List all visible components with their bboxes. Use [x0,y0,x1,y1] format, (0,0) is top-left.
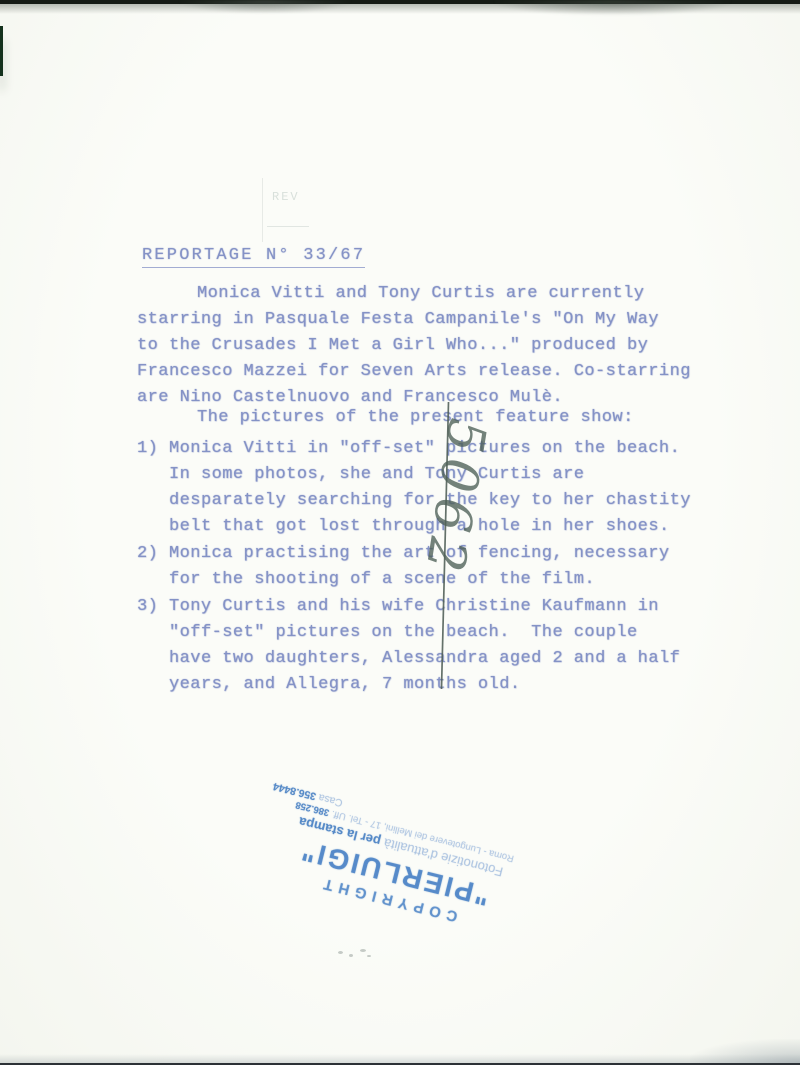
pencil-smudge [336,946,374,960]
ghost-underline [267,226,309,227]
stamp-copyright-line: COPYRIGHT [218,849,557,949]
scan-edge-left-strip [0,26,3,76]
reportage-heading: REPORTAGE N° 33/67 [142,246,365,268]
copyright-stamp: COPYRIGHT "PIERLUIGI" Fotonotizie d'attu… [218,772,576,950]
scanned-press-sheet: REV REPORTAGE N° 33/67 Monica Vitti and … [0,0,800,1065]
list-line: years, and Allegra, 7 months old. [137,672,680,698]
stamp-phone-home-number: 356.8444 [272,780,317,802]
list-line: In some photos, she and Tony Curtis are [137,462,691,488]
scan-corner-bottom-right [690,1039,800,1063]
stamp-tagline-bold: per la stampa [297,814,382,849]
pictures-intro-line: The pictures of the present feature show… [137,405,634,431]
list-line: 1) Monica Vitti in "off-set" pictures on… [137,436,691,462]
list-item-2: 2) Monica practising the art of fencing,… [137,541,670,593]
paragraph-line: Monica Vitti and Tony Curtis are current… [137,281,691,307]
stamp-address: Roma - Lungotevere dei Mellini, 17 - Tel… [236,784,573,878]
stamp-agency-name: "PIERLUIGI" [223,815,565,930]
stamp-tagline: Fotonotizie d'attualità per la stampa [232,798,570,896]
list-line: desparately searching for the key to her… [137,488,691,514]
paragraph-line: to the Crusades I Met a Girl Who..." pro… [137,333,691,359]
list-item-1: 1) Monica Vitti in "off-set" pictures on… [137,436,691,540]
ghost-text: REV [272,190,300,204]
scan-blotch-left [180,0,350,13]
scan-blotch-right [495,0,730,15]
paragraph-line: Francesco Mazzei for Seven Arts release.… [137,359,691,385]
stamp-phone-home: Casa 356.8444 [239,772,577,867]
stamp-address-faint: Roma - Lungotevere dei Mellini, 17 - Tel… [328,807,515,864]
paragraph-line: The pictures of the present feature show… [137,405,634,431]
stamp-phone-office: 386.258 [294,799,330,818]
intro-paragraph: Monica Vitti and Tony Curtis are current… [137,281,691,411]
stamp-phone-home-label: Casa [314,791,344,809]
paragraph-line: starring in Pasquale Festa Campanile's "… [137,307,691,333]
list-line: have two daughters, Alessandra aged 2 an… [137,646,680,672]
scan-edge-bottom-fade [0,1054,800,1063]
list-line: 2) Monica practising the art of fencing,… [137,541,670,567]
stamp-tagline-faint: Fotonotizie d'attualità [379,835,505,880]
list-line: for the shooting of a scene of the film. [137,567,670,593]
list-line: "off-set" pictures on the beach. The cou… [137,620,680,646]
list-line: belt that got lost through a hole in her… [137,514,691,540]
ghost-impression: REV [262,178,315,242]
list-line: 3) Tony Curtis and his wife Christine Ka… [137,594,680,620]
list-item-3: 3) Tony Curtis and his wife Christine Ka… [137,594,680,698]
